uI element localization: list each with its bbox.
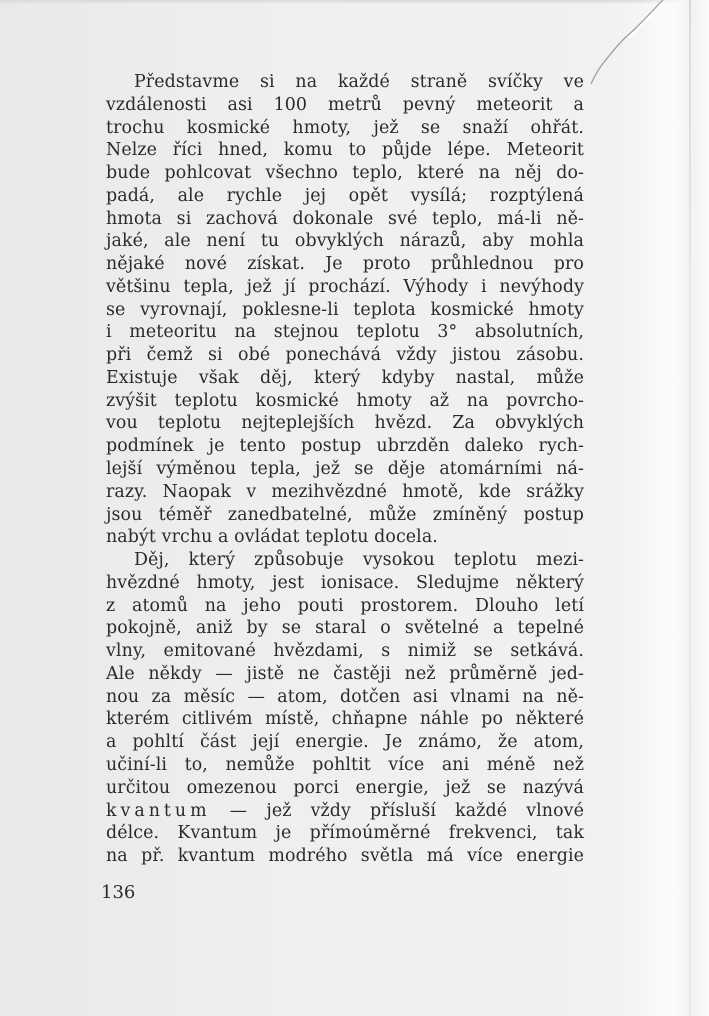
text-line: razy. Naopak v mezihvězdné hmotě, kde sr… [106,481,584,504]
text-line: se vyrovnají, poklesne-li teplota kosmic… [106,299,584,322]
text-line: určitou omezenou porci energie, jež se n… [106,777,584,800]
text-line: vlny, emitované hvězdami, s nimiž se set… [106,640,584,663]
text-line: hmota si zachová dokonale své teplo, má-… [106,208,584,231]
text-line: vou teplotu nejteplejších hvězd. Za obvy… [106,412,584,435]
text-line: jaké, ale není tu obvyklých nárazů, aby … [106,230,584,253]
text-line: hvězdné hmoty, jest ionisace. Sledujme n… [106,572,584,595]
emphasized-term: kvantum [106,801,211,821]
text-line: padá, ale rychle jej opět vysílá; rozptý… [106,185,584,208]
text-line: lejší výměnou tepla, jež se děje atomárn… [106,458,584,481]
text-line: i meteoritu na stejnou teplotu 3° absolu… [106,321,584,344]
book-page: Představme si na každé straně svíčky ve … [0,0,709,1016]
text-line: trochu kosmické hmoty, jež se snaží ohřá… [106,117,584,140]
text-line: a pohltí část její energie. Je známo, že… [106,731,584,754]
text-line: Existuje však děj, který kdyby nastal, m… [106,367,584,390]
text-line: Ale někdy — jistě ne častěji než průměrn… [106,663,584,686]
text-line: Představme si na každé straně svíčky ve [106,71,584,94]
text-line: Děj, který způsobuje vysokou teplotu mez… [106,549,584,572]
body-text: Představme si na každé straně svíčky ve … [106,71,584,868]
text-line: pokojně, aniž by se staral o světelné a … [106,617,584,640]
page-number: 136 [101,882,135,903]
text-line: jsou téměř zanedbatelné, může zmíněný po… [106,504,584,527]
text-line: většinu tepla, jež jí prochází. Výhody i… [106,276,584,299]
paragraph-1: Představme si na každé straně svíčky ve … [106,71,584,549]
text-line: nabýt vrchu a ovládat teplotu docela. [106,526,584,549]
text-line-kvantum: kvantum — jež vždy přísluší každé vlnové [106,800,584,823]
text-line-rest: — jež vždy přísluší každé vlnové [211,801,584,821]
text-line: podmínek je tento postup ubrzděn daleko … [106,435,584,458]
page-gutter-shading [639,0,709,1016]
text-line: vzdálenosti asi 100 metrů pevný meteorit… [106,94,584,117]
text-line: bude pohlcovat všechno teplo, které na n… [106,162,584,185]
torn-corner-crease [585,0,665,90]
text-line: zvýšit teplotu kosmické hmoty až na povr… [106,390,584,413]
text-line: z atomů na jeho pouti prostorem. Dlouho … [106,595,584,618]
text-line: Nelze říci hned, komu to půjde lépe. Met… [106,139,584,162]
text-line: nějaké nové získat. Je proto průhlednou … [106,253,584,276]
text-line: délce. Kvantum je přímoúměrné frekvenci,… [106,822,584,845]
page-crease [689,0,691,1016]
text-line: při čemž si obé ponechává vždy jistou zá… [106,344,584,367]
text-line: na př. kvantum modrého světla má více en… [106,845,584,868]
text-line: kterém citlivém místě, chňapne náhle po … [106,708,584,731]
text-line: učiní-li to, nemůže pohltit více ani mén… [106,754,584,777]
text-line: nou za měsíc — atom, dotčen asi vlnami n… [106,686,584,709]
paragraph-2: Děj, který způsobuje vysokou teplotu mez… [106,549,584,868]
